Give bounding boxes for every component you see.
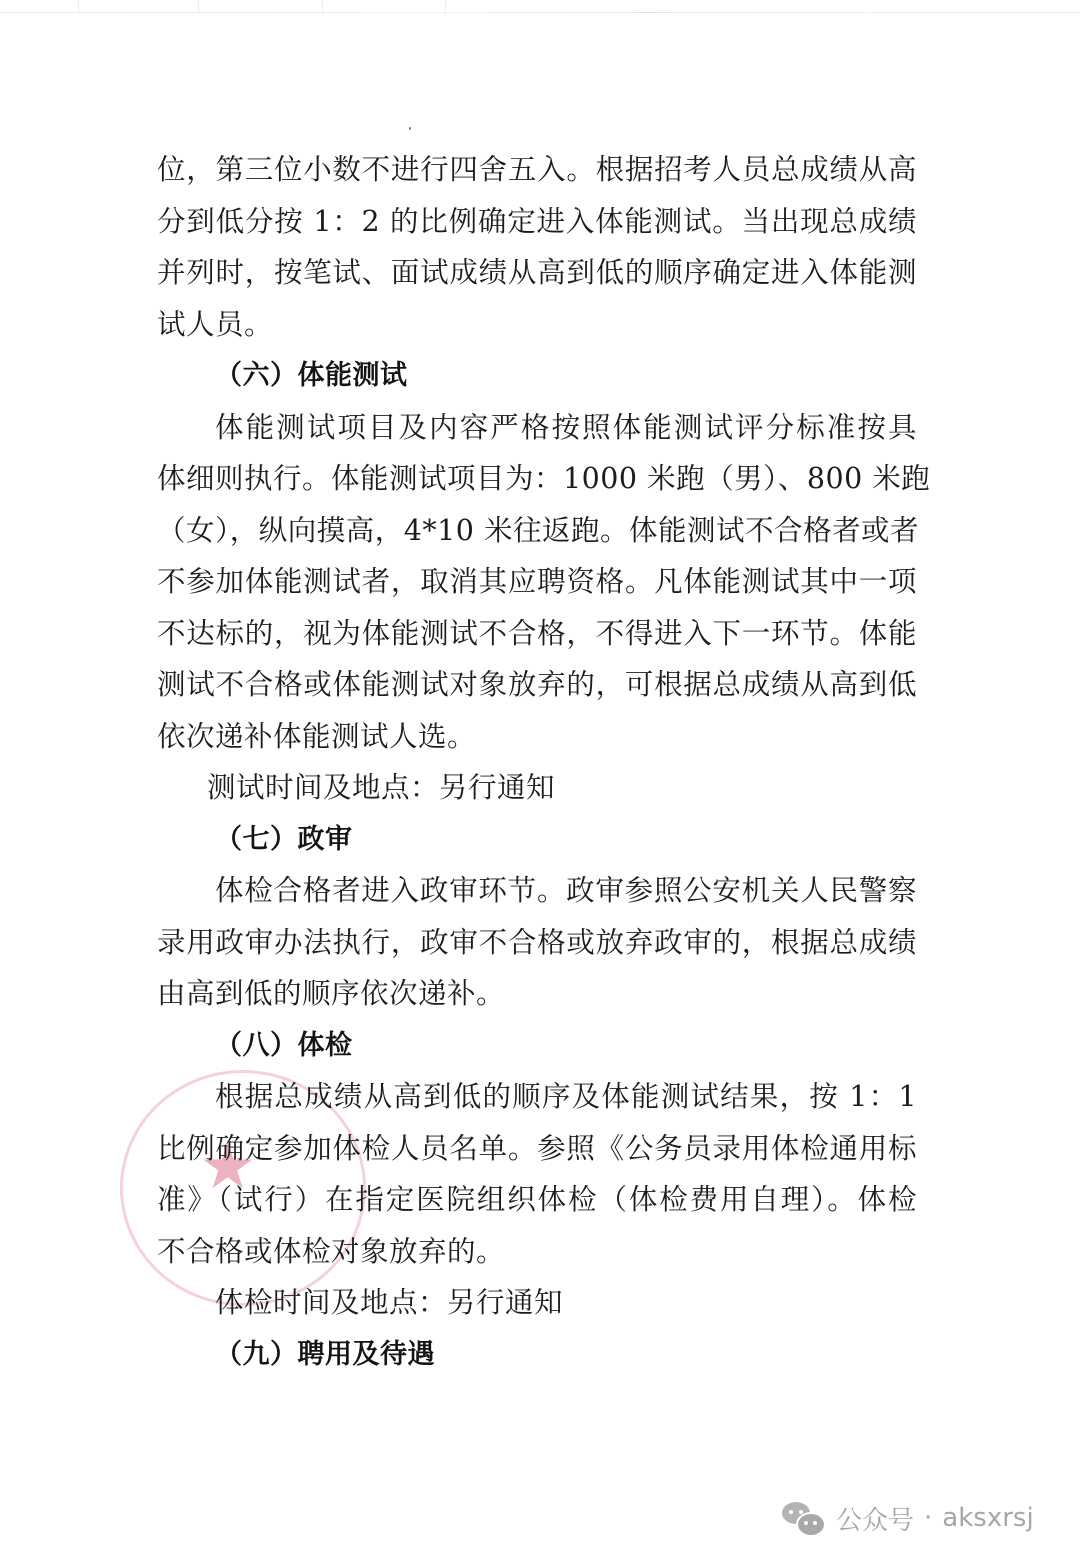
scan-edge-line	[0, 12, 1080, 13]
paragraph-line: 位，第三位小数不进行四舍五入。根据招考人员总成绩从高	[157, 144, 917, 196]
paragraph-line: 体检合格者进入政审环节。政审参照公安机关人民警察	[215, 865, 917, 917]
paragraph-line: 测试不合格或体能测试对象放弃的，可根据总成绩从高到低	[157, 659, 917, 711]
test-time-note: 测试时间及地点：另行通知	[207, 762, 555, 814]
paragraph-line: 试人员。	[157, 299, 273, 351]
watermark-label: 公众号	[836, 1500, 914, 1537]
scan-tick	[78, 0, 79, 14]
section-heading-political-review: （七）政审	[215, 814, 353, 866]
paragraph-line: 准》（试行）在指定医院组织体检（体检费用自理）。体检	[157, 1174, 917, 1226]
scan-dot	[409, 127, 411, 130]
section-heading-physical-test: （六）体能测试	[215, 350, 408, 402]
paragraph-line: 体细则执行。体能测试项目为：1000 米跑（男）、800 米跑	[157, 453, 917, 505]
paragraph-line: 分到低分按 1：2 的比例确定进入体能测试。当出现总成绩	[157, 196, 917, 248]
paragraph-line: 不合格或体检对象放弃的。	[157, 1226, 505, 1278]
section-heading-medical-exam: （八）体检	[215, 1020, 353, 1072]
paragraph-line: 根据总成绩从高到低的顺序及体能测试结果，按 1：1	[215, 1071, 917, 1123]
paragraph-line: 录用政审办法执行，政审不合格或放弃政审的，根据总成绩	[157, 917, 917, 969]
section-heading-employment-benefits: （九）聘用及待遇	[215, 1329, 435, 1381]
scan-tick	[322, 0, 323, 14]
paragraph-line: 不达标的，视为体能测试不合格，不得进入下一环节。体能	[157, 608, 917, 660]
wechat-icon	[782, 1500, 826, 1536]
watermark-separator: ·	[924, 1503, 932, 1533]
paragraph-line: 不参加体能测试者，取消其应聘资格。凡体能测试其中一项	[157, 556, 917, 608]
paragraph-line: （女），纵向摸高，4*10 米往返跑。体能测试不合格者或者	[157, 505, 917, 557]
paragraph-line: 并列时，按笔试、面试成绩从高到低的顺序确定进入体能测	[157, 247, 917, 299]
scan-tick	[445, 0, 446, 14]
exam-time-note: 体检时间及地点：另行通知	[215, 1277, 563, 1329]
scan-tick	[198, 0, 199, 14]
paragraph-line: 体能测试项目及内容严格按照体能测试评分标准按具	[215, 402, 917, 454]
watermark-account: aksxrsj	[942, 1503, 1033, 1533]
wechat-watermark: 公众号 · aksxrsj	[782, 1498, 1034, 1538]
paragraph-line: 比例确定参加体检人员名单。参照《公务员录用体检通用标	[157, 1123, 917, 1175]
paragraph-line: 依次递补体能测试人选。	[157, 711, 476, 763]
paragraph-line: 由高到低的顺序依次递补。	[157, 968, 505, 1020]
